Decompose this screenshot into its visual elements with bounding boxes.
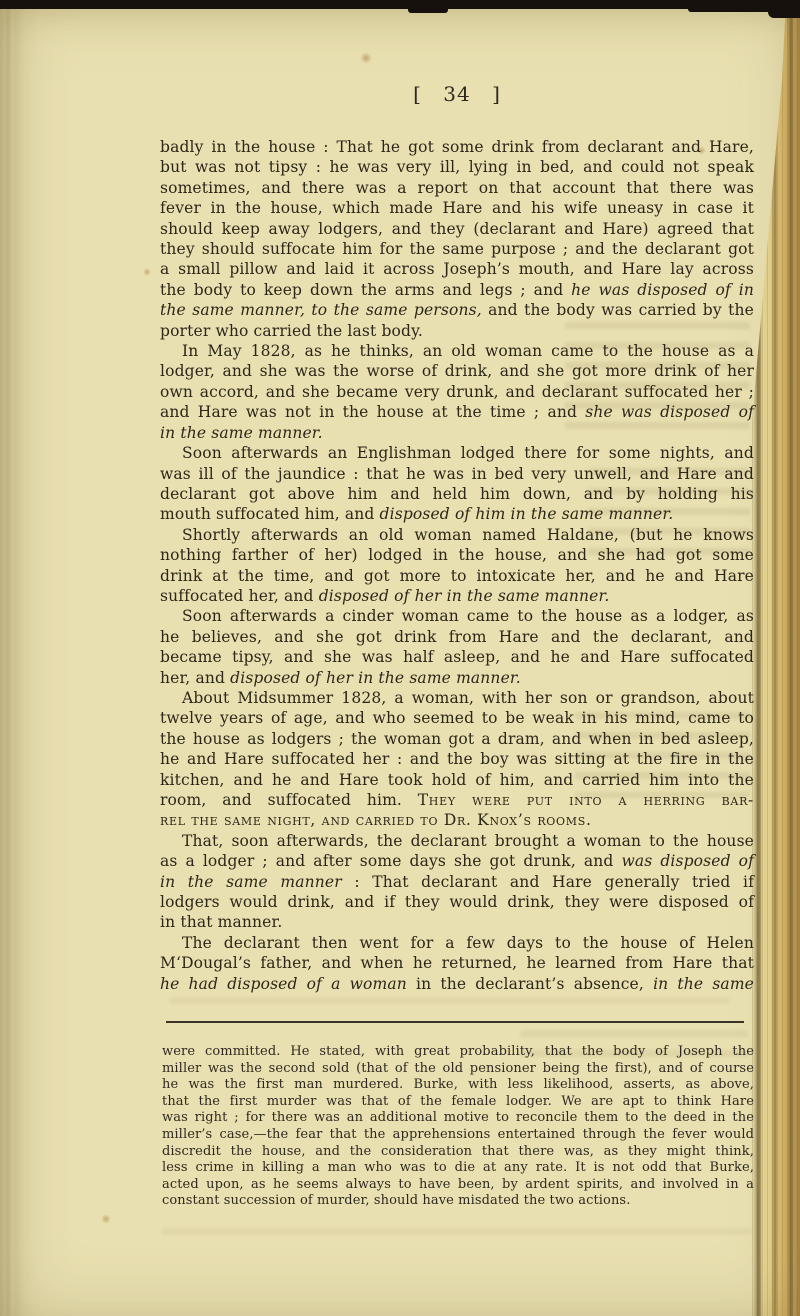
text-line: In May 1828, as he thinks, an old woman … [160,341,754,361]
footnote-rule [166,1021,744,1023]
photo-top-edge [408,0,448,13]
text-line: nothing farther of her) lodged in the ho… [160,545,754,565]
text-line: porter who carried the last body. [160,321,754,341]
text-line: suffocated her, and disposed of her in t… [160,586,754,606]
text-line: Soon afterwards an Englishman lodged the… [160,443,754,463]
text-line: badly in the house : That he got some dr… [160,137,754,157]
text-line: Shortly afterwards an old woman named Ha… [160,525,754,545]
paragraph: About Midsummer 1828, a woman, with her … [160,688,754,831]
text-line: he had disposed of a woman in the declar… [160,974,754,994]
paragraph: badly in the house : That he got some dr… [160,137,754,341]
text-line: sometimes, and there was a report on tha… [160,178,754,198]
text-line: kitchen, and he and Hare took hold of hi… [160,770,754,790]
foxing-spot [360,52,372,64]
text-line: was right ; for there was an additional … [162,1110,754,1127]
text-line: was ill of the jaundice : that he was in… [160,464,754,484]
text-line: but was not tipsy : he was very ill, lyi… [160,157,754,177]
text-line: constant succession of murder, should ha… [162,1193,754,1210]
text-line: a small pillow and laid it across Joseph… [160,259,754,279]
photo-top-edge [768,0,800,18]
text-line: miller was the second sold (that of the … [162,1061,754,1078]
text-line: About Midsummer 1828, a woman, with her … [160,688,754,708]
text-line: became tipsy, and she was half asleep, a… [160,647,754,667]
text-line: declarant got above him and held him dow… [160,484,754,504]
text-line: drink at the time, and got more to intox… [160,566,754,586]
text-line: own accord, and she became very drunk, a… [160,382,754,402]
text-line: lodgers would drink, and if they would d… [160,892,754,912]
page-number: [ 34 ] [160,82,754,106]
text-line: as a lodger ; and after some days she go… [160,851,754,871]
paragraph: In May 1828, as he thinks, an old woman … [160,341,754,443]
text-line: in the same manner : That declarant and … [160,872,754,892]
text-line: that the first murder was that of the fe… [162,1094,754,1111]
show-through-smudge [170,997,730,1011]
text-line: they should suffocate him for the same p… [160,239,754,259]
text-line: the house as lodgers ; the woman got a d… [160,729,754,749]
show-through-smudge [162,1228,752,1241]
paragraph: Shortly afterwards an old woman named Ha… [160,525,754,607]
text-line: the same manner, to the same persons, an… [160,300,754,320]
text-line: in that manner. [160,912,754,932]
book-page-scan: [ 34 ] badly in the house : That he got … [0,0,800,1316]
text-line: mouth suffocated him, and disposed of hi… [160,504,754,524]
text-line: the body to keep down the arms and legs … [160,280,754,300]
footnote-block: were committed. He stated, with great pr… [162,1044,754,1210]
text-line: should keep away lodgers, and they (decl… [160,219,754,239]
main-text-block: badly in the house : That he got some dr… [160,137,754,994]
text-line: acted upon, as he seems always to have b… [162,1177,754,1194]
foxing-spot [101,1214,111,1224]
text-line: miller’s case,—the fear that the apprehe… [162,1127,754,1144]
text-line: lodger, and she was the worse of drink, … [160,361,754,381]
page-gutter-shadow [0,0,78,1316]
text-line: fever in the house, which made Hare and … [160,198,754,218]
paragraph: That, soon afterwards, the declarant bro… [160,831,754,933]
text-line: in the same manner. [160,423,754,443]
text-line: less crime in killing a man who was to d… [162,1160,754,1177]
text-line: rel the same night, and carried to Dr. K… [160,810,754,830]
text-line: That, soon afterwards, the declarant bro… [160,831,754,851]
foxing-spot [143,268,151,276]
text-line: M‘Dougal’s father, and when he returned,… [160,953,754,973]
text-line: Soon afterwards a cinder woman came to t… [160,606,754,626]
paragraph: Soon afterwards an Englishman lodged the… [160,443,754,525]
text-line: twelve years of age, and who seemed to b… [160,708,754,728]
text-line: were committed. He stated, with great pr… [162,1044,754,1061]
text-line: he believes, and she got drink from Hare… [160,627,754,647]
paragraph: were committed. He stated, with great pr… [162,1044,754,1210]
text-line: discredit the house, and the considerati… [162,1144,754,1161]
text-line: he was the first man murdered. Burke, wi… [162,1077,754,1094]
photo-top-edge [688,0,780,12]
photo-top-edge [0,0,800,9]
text-line: her, and disposed of her in the same man… [160,668,754,688]
page-fore-edge [752,0,800,1316]
text-line: room, and suffocated him. They were put … [160,790,754,810]
text-line: The declarant then went for a few days t… [160,933,754,953]
text-line: and Hare was not in the house at the tim… [160,402,754,422]
text-line: he and Hare suffocated her : and the boy… [160,749,754,769]
paragraph: The declarant then went for a few days t… [160,933,754,994]
paragraph: Soon afterwards a cinder woman came to t… [160,606,754,688]
